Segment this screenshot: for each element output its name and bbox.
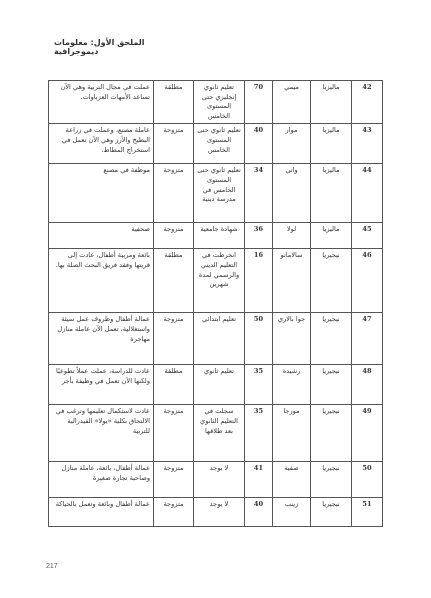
name-cell: لولا xyxy=(273,223,311,249)
country-cell: نيجيريا xyxy=(311,365,352,405)
name-cell: سالامانو xyxy=(273,249,311,313)
row-number: 44 xyxy=(352,164,383,223)
work-history-cell: عمالة أطفال وظروف عمل سيئة واستغلالية، ت… xyxy=(49,313,154,365)
education-cell: تعليم ثانوي حتى المستوى الخامس xyxy=(194,124,245,164)
country-cell: ماليزيا xyxy=(311,164,352,223)
work-history-cell: موظفة في مصنع xyxy=(49,164,154,223)
age-cell: 35 xyxy=(245,405,273,462)
table-row: 51نيجيريازينب40لا يوجدمتزوجةعمالة أطفال … xyxy=(49,498,383,527)
row-number: 46 xyxy=(352,249,383,313)
work-history-cell: بائعة ومربية أطفال، عادت إلى قريتها وفقد… xyxy=(49,249,154,313)
marital-status-cell: مطلقة xyxy=(154,365,194,405)
education-cell: لا يوجد xyxy=(194,462,245,498)
age-cell: 50 xyxy=(245,313,273,365)
country-cell: ماليزيا xyxy=(311,223,352,249)
age-cell: 41 xyxy=(245,462,273,498)
country-cell: نيجيريا xyxy=(311,313,352,365)
age-cell: 35 xyxy=(245,365,273,405)
education-cell: تعليم ثانوي حتى المستوى الخامس في مدرسة … xyxy=(194,164,245,223)
country-cell: ماليزيا xyxy=(311,124,352,164)
row-number: 51 xyxy=(352,498,383,527)
table-row: 42ماليزياميمي70تعليم ثانوي إنجليزي حتى ا… xyxy=(49,81,383,124)
work-history-cell: عمالة أطفال وبائعة وتعمل بالحياكة xyxy=(49,498,154,527)
name-cell: واني xyxy=(273,164,311,223)
marital-status-cell: متزوجة xyxy=(154,462,194,498)
page-number: 217 xyxy=(46,563,58,570)
age-cell: 36 xyxy=(245,223,273,249)
name-cell: موار xyxy=(273,124,311,164)
demographics-table: 42ماليزياميمي70تعليم ثانوي إنجليزي حتى ا… xyxy=(48,80,383,527)
row-number: 50 xyxy=(352,462,383,498)
table-row: 50نيجيرياصفية41لا يوجدمتزوجةعمالة أطفال،… xyxy=(49,462,383,498)
age-cell: 40 xyxy=(245,124,273,164)
country-cell: نيجيريا xyxy=(311,405,352,462)
name-cell: رشيدة xyxy=(273,365,311,405)
country-cell: نيجيريا xyxy=(311,498,352,527)
table-row: 43ماليزياموار40تعليم ثانوي حتى المستوى ا… xyxy=(49,124,383,164)
education-cell: تعليم ثانوي xyxy=(194,365,245,405)
education-cell: تعليم ابتدائي xyxy=(194,313,245,365)
row-number: 49 xyxy=(352,405,383,462)
marital-status-cell: مطلقة xyxy=(154,81,194,124)
table-row: 44ماليزياواني34تعليم ثانوي حتى المستوى ا… xyxy=(49,164,383,223)
table-row: 47نيجيرياحوا بالاري50تعليم ابتدائيمتزوجة… xyxy=(49,313,383,365)
marital-status-cell: مطلقة xyxy=(154,249,194,313)
age-cell: 34 xyxy=(245,164,273,223)
name-cell: ميمي xyxy=(273,81,311,124)
table-row: 46نيجيرياسالامانو16انخرطت في التعليم الد… xyxy=(49,249,383,313)
marital-status-cell: متزوجة xyxy=(154,164,194,223)
country-cell: نيجيريا xyxy=(311,462,352,498)
work-history-cell: صحفية xyxy=(49,223,154,249)
row-number: 45 xyxy=(352,223,383,249)
education-cell: لا يوجد xyxy=(194,498,245,527)
row-number: 47 xyxy=(352,313,383,365)
marital-status-cell: متزوجة xyxy=(154,498,194,527)
age-cell: 40 xyxy=(245,498,273,527)
education-cell: شهادة جامعية xyxy=(194,223,245,249)
work-history-cell: عادت للدراسة، عملت عملاً تطوعيًا ولكنها … xyxy=(49,365,154,405)
name-cell: حوا بالاري xyxy=(273,313,311,365)
table-row: 49نيجيريامورجا35سجلت في التعليم الثانوي … xyxy=(49,405,383,462)
education-cell: سجلت في التعليم الثانوي بعد طلاقها xyxy=(194,405,245,462)
name-cell: صفية xyxy=(273,462,311,498)
row-number: 48 xyxy=(352,365,383,405)
age-cell: 16 xyxy=(245,249,273,313)
country-cell: نيجيريا xyxy=(311,249,352,313)
page-header: الملحق الأول: معلومات ديموجرافية xyxy=(54,38,154,56)
education-cell: انخرطت في التعليم الديني والرسمي لمدة شه… xyxy=(194,249,245,313)
education-cell: تعليم ثانوي إنجليزي حتى المستوى الخامس xyxy=(194,81,245,124)
table-row: 45ماليزيالولا36شهادة جامعيةمتزوجةصحفية xyxy=(49,223,383,249)
work-history-cell: عمالة أطفال، بائعة، عاملة منازل وصاحبة ت… xyxy=(49,462,154,498)
marital-status-cell: متزوجة xyxy=(154,405,194,462)
name-cell: زينب xyxy=(273,498,311,527)
marital-status-cell: متزوجة xyxy=(154,124,194,164)
row-number: 43 xyxy=(352,124,383,164)
age-cell: 70 xyxy=(245,81,273,124)
table-row: 48نيجيريارشيدة35تعليم ثانويمطلقةعادت للد… xyxy=(49,365,383,405)
marital-status-cell: متزوجة xyxy=(154,313,194,365)
row-number: 42 xyxy=(352,81,383,124)
work-history-cell: عادت لاستكمال تعليمها وترغب في الالتحاق … xyxy=(49,405,154,462)
marital-status-cell: متزوجة xyxy=(154,223,194,249)
name-cell: مورجا xyxy=(273,405,311,462)
work-history-cell: عملت في مجال التربية وهي الآن تساعد الأم… xyxy=(49,81,154,124)
work-history-cell: عاملة مصنع، وعملت في زراعة البطيخ والأرز… xyxy=(49,124,154,164)
country-cell: ماليزيا xyxy=(311,81,352,124)
